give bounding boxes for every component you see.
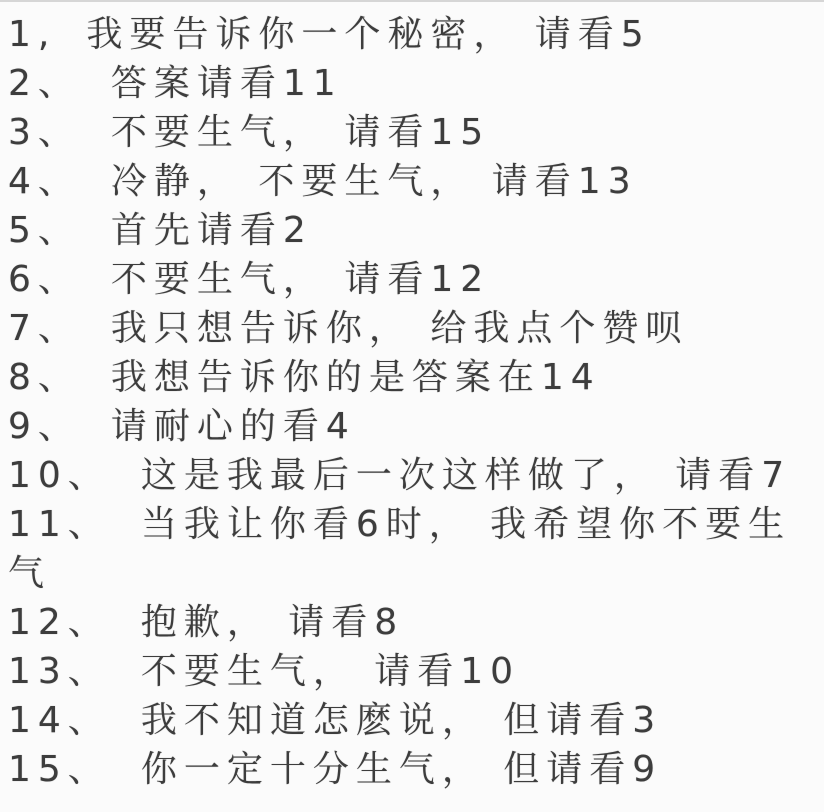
item-number: 4、 [8,161,111,202]
list-item: 2、答案请看11 [8,59,818,108]
item-number: 13、 [8,651,141,692]
item-text: 你一定十分生气， 但请看9 [141,749,662,790]
item-text: 不要生气， 请看12 [111,259,490,300]
list-item: 1,我要告诉你一个秘密， 请看5 [8,10,818,59]
item-text: 不要生气， 请看15 [111,112,490,153]
item-number: 7、 [8,308,111,349]
item-number: 15、 [8,749,141,790]
list-item: 3、不要生气， 请看15 [8,108,818,157]
list-item: 8、我想告诉你的是答案在14 [8,353,818,402]
list-item: 13、不要生气， 请看10 [8,647,818,696]
list-item: 15、你一定十分生气， 但请看9 [8,745,818,794]
item-number: 14、 [8,700,141,741]
item-text: 抱歉， 请看8 [141,602,404,643]
item-text: 冷静， 不要生气， 请看13 [111,161,638,202]
item-text: 我要告诉你一个秘密， 请看5 [86,14,650,55]
item-number: 1, [8,14,86,55]
item-text: 请耐心的看4 [111,406,356,447]
item-text: 这是我最后一次这样做了， 请看7 [141,455,791,496]
item-number: 9、 [8,406,111,447]
list-item: 4、冷静， 不要生气， 请看13 [8,157,818,206]
list-item: 14、我不知道怎麽说， 但请看3 [8,696,818,745]
note-page: 1,我要告诉你一个秘密， 请看5 2、答案请看11 3、不要生气， 请看15 4… [0,0,824,812]
list-item: 5、首先请看2 [8,206,818,255]
list-item: 6、不要生气， 请看12 [8,255,818,304]
list-item: 7、我只想告诉你， 给我点个赞呗 [8,304,818,353]
item-text: 当我让你看6时， 我希望你不要生 [141,504,791,545]
item-text-wrapped: 气 [8,549,818,598]
item-number: 8、 [8,357,111,398]
item-text: 不要生气， 请看10 [141,651,520,692]
list-item: 11、当我让你看6时， 我希望你不要生 气 [8,500,818,598]
item-number: 5、 [8,210,111,251]
item-text: 我只想告诉你， 给我点个赞呗 [111,308,688,349]
item-number: 11、 [8,504,141,545]
list-item: 12、抱歉， 请看8 [8,598,818,647]
item-number: 2、 [8,63,111,104]
item-text: 答案请看11 [111,63,343,104]
item-number: 10、 [8,455,141,496]
item-text: 首先请看2 [111,210,313,251]
item-number: 12、 [8,602,141,643]
item-text: 我想告诉你的是答案在14 [111,357,601,398]
item-number: 6、 [8,259,111,300]
list-item: 9、请耐心的看4 [8,402,818,451]
item-text: 我不知道怎麽说， 但请看3 [141,700,662,741]
item-number: 3、 [8,112,111,153]
list-item: 10、这是我最后一次这样做了， 请看7 [8,451,818,500]
